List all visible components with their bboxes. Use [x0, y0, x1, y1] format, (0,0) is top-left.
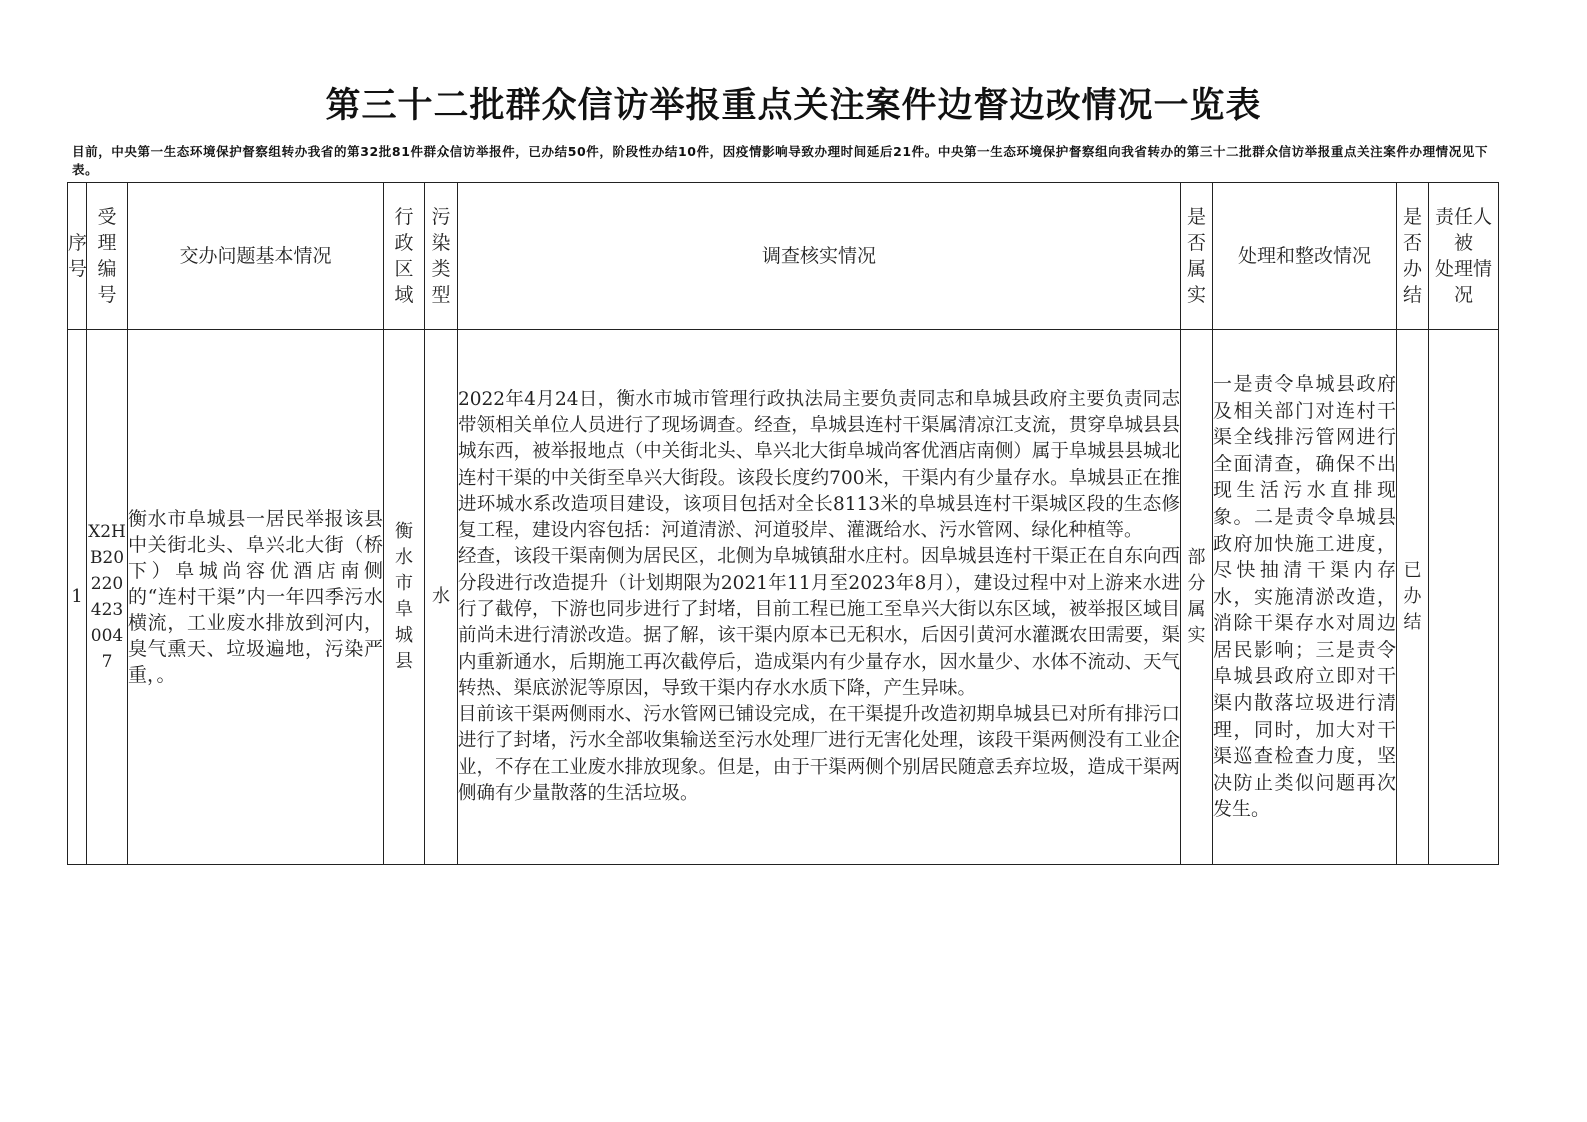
investigation-paragraph-1: 2022年4月24日，衡水市城市管理行政执法局主要负责同志和阜城县政府主要负责同…: [458, 387, 1180, 545]
header-problem: 交办问题基本情况: [128, 183, 384, 330]
header-seq: 序号: [68, 183, 87, 330]
cell-handling: 一是责令阜城县政府及相关部门对连村干渠全线排污管网进行全面清查，确保不出现生活污…: [1213, 330, 1397, 865]
table-row: 1 X2HB202204230047 衡水市阜城县一居民举报该县中关街北头、阜兴…: [68, 330, 1499, 865]
cell-problem: 衡水市阜城县一居民举报该县中关街北头、阜兴北大街（桥下）阜城尚容优酒店南侧的“连…: [128, 330, 384, 865]
header-pollution: 污染类型: [425, 183, 458, 330]
intro-paragraph: 目前，中央第一生态环境保护督察组转办我省的第32批81件群众信访举报件，已办结5…: [72, 143, 1502, 179]
investigation-paragraph-3: 目前该干渠两侧雨水、污水管网已铺设完成，在干渠提升改造初期阜城县已对所有排污口进…: [458, 702, 1180, 807]
cell-pollution: 水: [425, 330, 458, 865]
cell-closed: 已办结: [1397, 330, 1429, 865]
header-responsible: 责任人 被 处理情 况: [1429, 183, 1499, 330]
table-header-row: 序号 受理编号 交办问题基本情况 行政区域 污染类型 调查核实情况 是否属实 处…: [68, 183, 1499, 330]
investigation-paragraph-2: 经查，该段干渠南侧为居民区，北侧为阜城镇甜水庄村。因阜城县连村干渠正在自东向西分…: [458, 544, 1180, 702]
header-closed: 是否办结: [1397, 183, 1429, 330]
cell-verified: 部分属实: [1181, 330, 1213, 865]
case-table: 序号 受理编号 交办问题基本情况 行政区域 污染类型 调查核实情况 是否属实 处…: [67, 182, 1499, 865]
cell-region: 衡水市阜城县: [384, 330, 425, 865]
header-verified: 是否属实: [1181, 183, 1213, 330]
header-handling: 处理和整改情况: [1213, 183, 1397, 330]
cell-id: X2HB202204230047: [87, 330, 128, 865]
cell-investigation: 2022年4月24日，衡水市城市管理行政执法局主要负责同志和阜城县政府主要负责同…: [458, 330, 1181, 865]
header-id: 受理编号: [87, 183, 128, 330]
header-region: 行政区域: [384, 183, 425, 330]
cell-responsible: [1429, 330, 1499, 865]
page-title: 第三十二批群众信访举报重点关注案件边督边改情况一览表: [0, 78, 1587, 128]
header-investigation: 调查核实情况: [458, 183, 1181, 330]
cell-seq: 1: [68, 330, 87, 865]
